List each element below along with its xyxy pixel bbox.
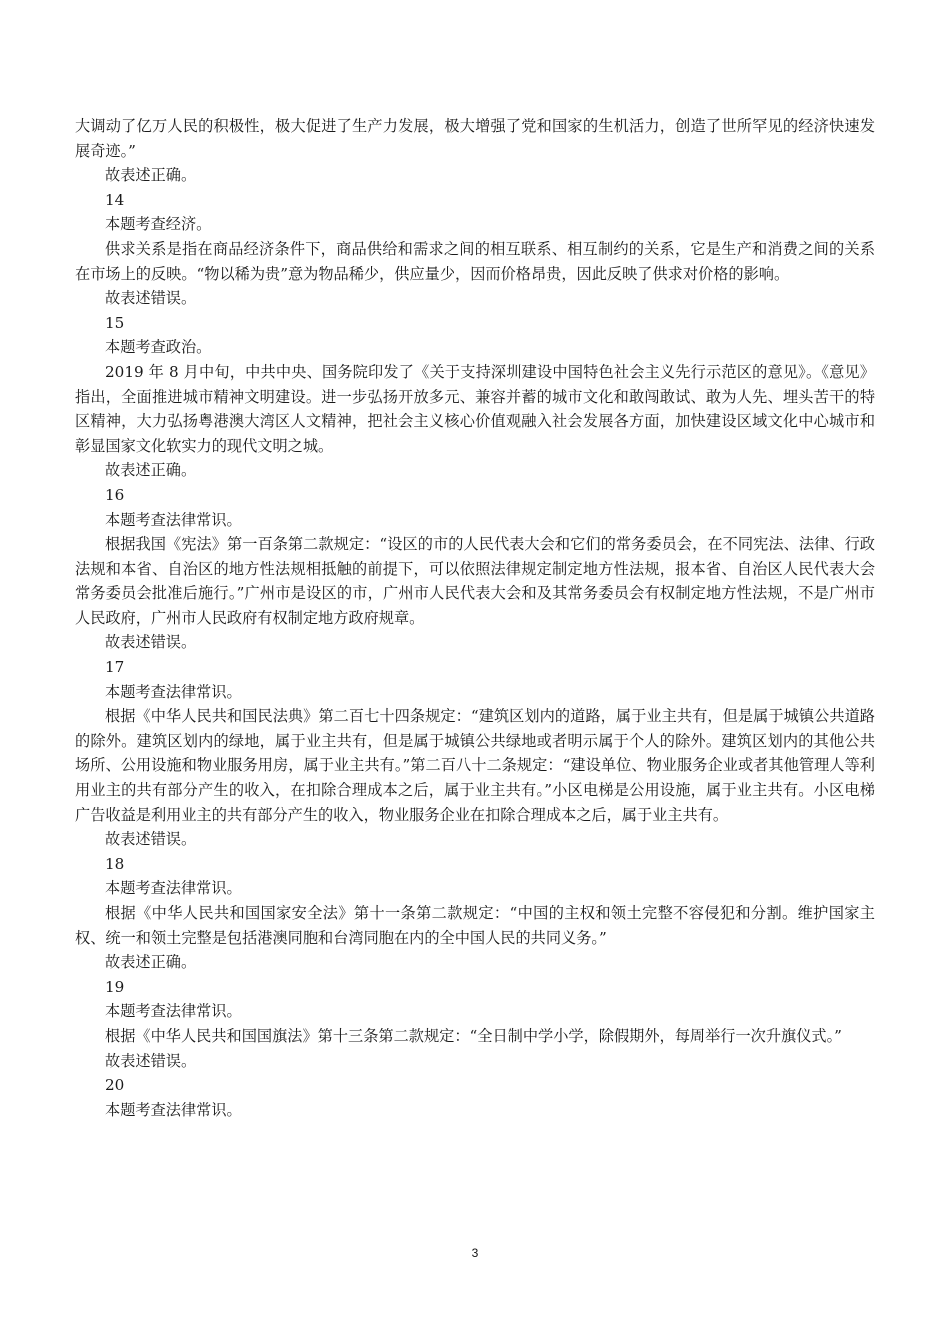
paragraph: 根据我国《宪法》第一百条第二款规定：“设区的市的人民代表大会和它们的常务委员会，… [75, 532, 875, 630]
paragraph: 17 [75, 655, 875, 680]
paragraph: 故表述错误。 [75, 1049, 875, 1074]
paragraph: 2019 年 8 月中旬，中共中央、国务院印发了《关于支持深圳建设中国特色社会主… [75, 360, 875, 458]
page-number: 3 [0, 1246, 950, 1260]
paragraph: 16 [75, 483, 875, 508]
document-page: 大调动了亿万人民的积极性，极大促进了生产力发展，极大增强了党和国家的生机活力，创… [0, 0, 950, 1344]
paragraph: 根据《中华人民共和国国家安全法》第十一条第二款规定：“中国的主权和领土完整不容侵… [75, 901, 875, 950]
paragraph: 根据《中华人民共和国民法典》第二百七十四条规定：“建筑区划内的道路，属于业主共有… [75, 704, 875, 827]
paragraph: 供求关系是指在商品经济条件下，商品供给和需求之间的相互联系、相互制约的关系，它是… [75, 237, 875, 286]
paragraph: 故表述错误。 [75, 630, 875, 655]
paragraph: 15 [75, 311, 875, 336]
paragraph: 18 [75, 852, 875, 877]
paragraph: 本题考查经济。 [75, 212, 875, 237]
paragraph: 大调动了亿万人民的积极性，极大促进了生产力发展，极大增强了党和国家的生机活力，创… [75, 114, 875, 163]
paragraph: 本题考查法律常识。 [75, 1098, 875, 1123]
paragraph: 故表述错误。 [75, 827, 875, 852]
paragraph: 故表述正确。 [75, 163, 875, 188]
paragraph: 14 [75, 188, 875, 213]
paragraph: 本题考查法律常识。 [75, 680, 875, 705]
paragraph: 20 [75, 1073, 875, 1098]
paragraph: 本题考查政治。 [75, 335, 875, 360]
paragraph: 故表述正确。 [75, 950, 875, 975]
paragraph: 本题考查法律常识。 [75, 999, 875, 1024]
document-body: 大调动了亿万人民的积极性，极大促进了生产力发展，极大增强了党和国家的生机活力，创… [75, 114, 875, 1122]
paragraph: 根据《中华人民共和国国旗法》第十三条第二款规定：“全日制中学小学，除假期外，每周… [75, 1024, 875, 1049]
paragraph: 故表述错误。 [75, 286, 875, 311]
paragraph: 19 [75, 975, 875, 1000]
paragraph: 本题考查法律常识。 [75, 508, 875, 533]
paragraph: 故表述正确。 [75, 458, 875, 483]
paragraph: 本题考查法律常识。 [75, 876, 875, 901]
